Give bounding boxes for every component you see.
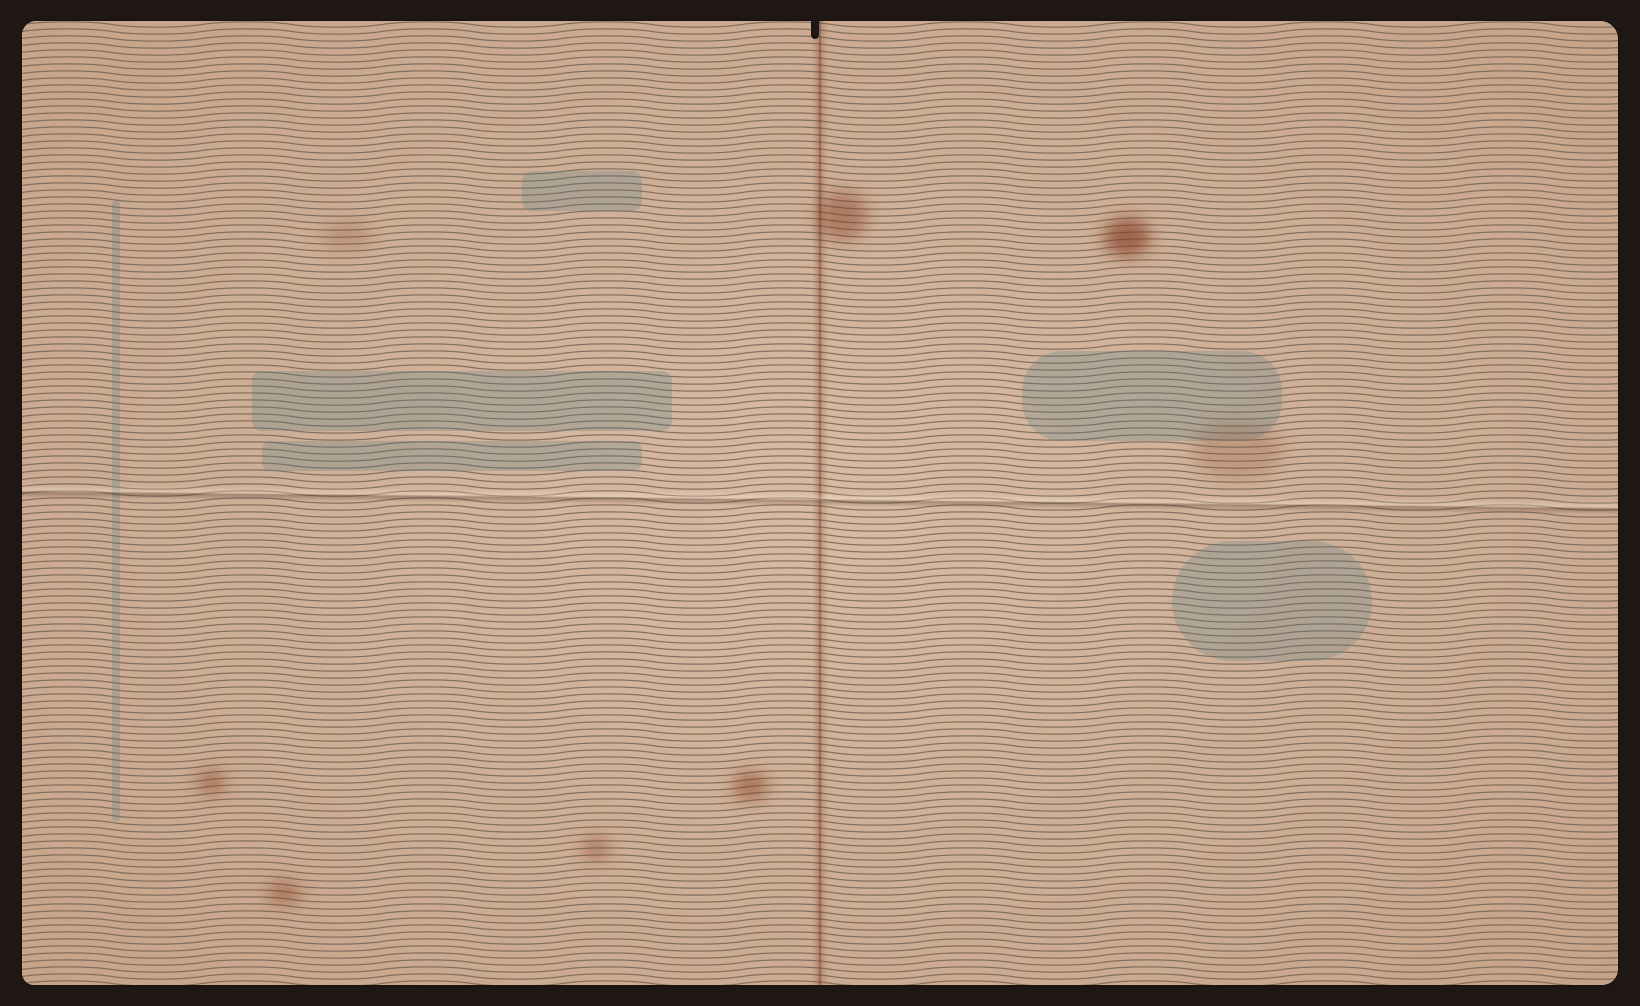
stain	[1192, 421, 1282, 481]
stain	[322, 221, 372, 251]
stain	[267, 881, 301, 905]
fold-tear	[811, 21, 819, 39]
stain	[197, 769, 225, 795]
stain	[582, 836, 610, 860]
banknote-reverse: Aged paper note with fine wavy guilloche…	[22, 21, 1618, 985]
stain	[1104, 217, 1150, 257]
stain	[732, 771, 768, 801]
